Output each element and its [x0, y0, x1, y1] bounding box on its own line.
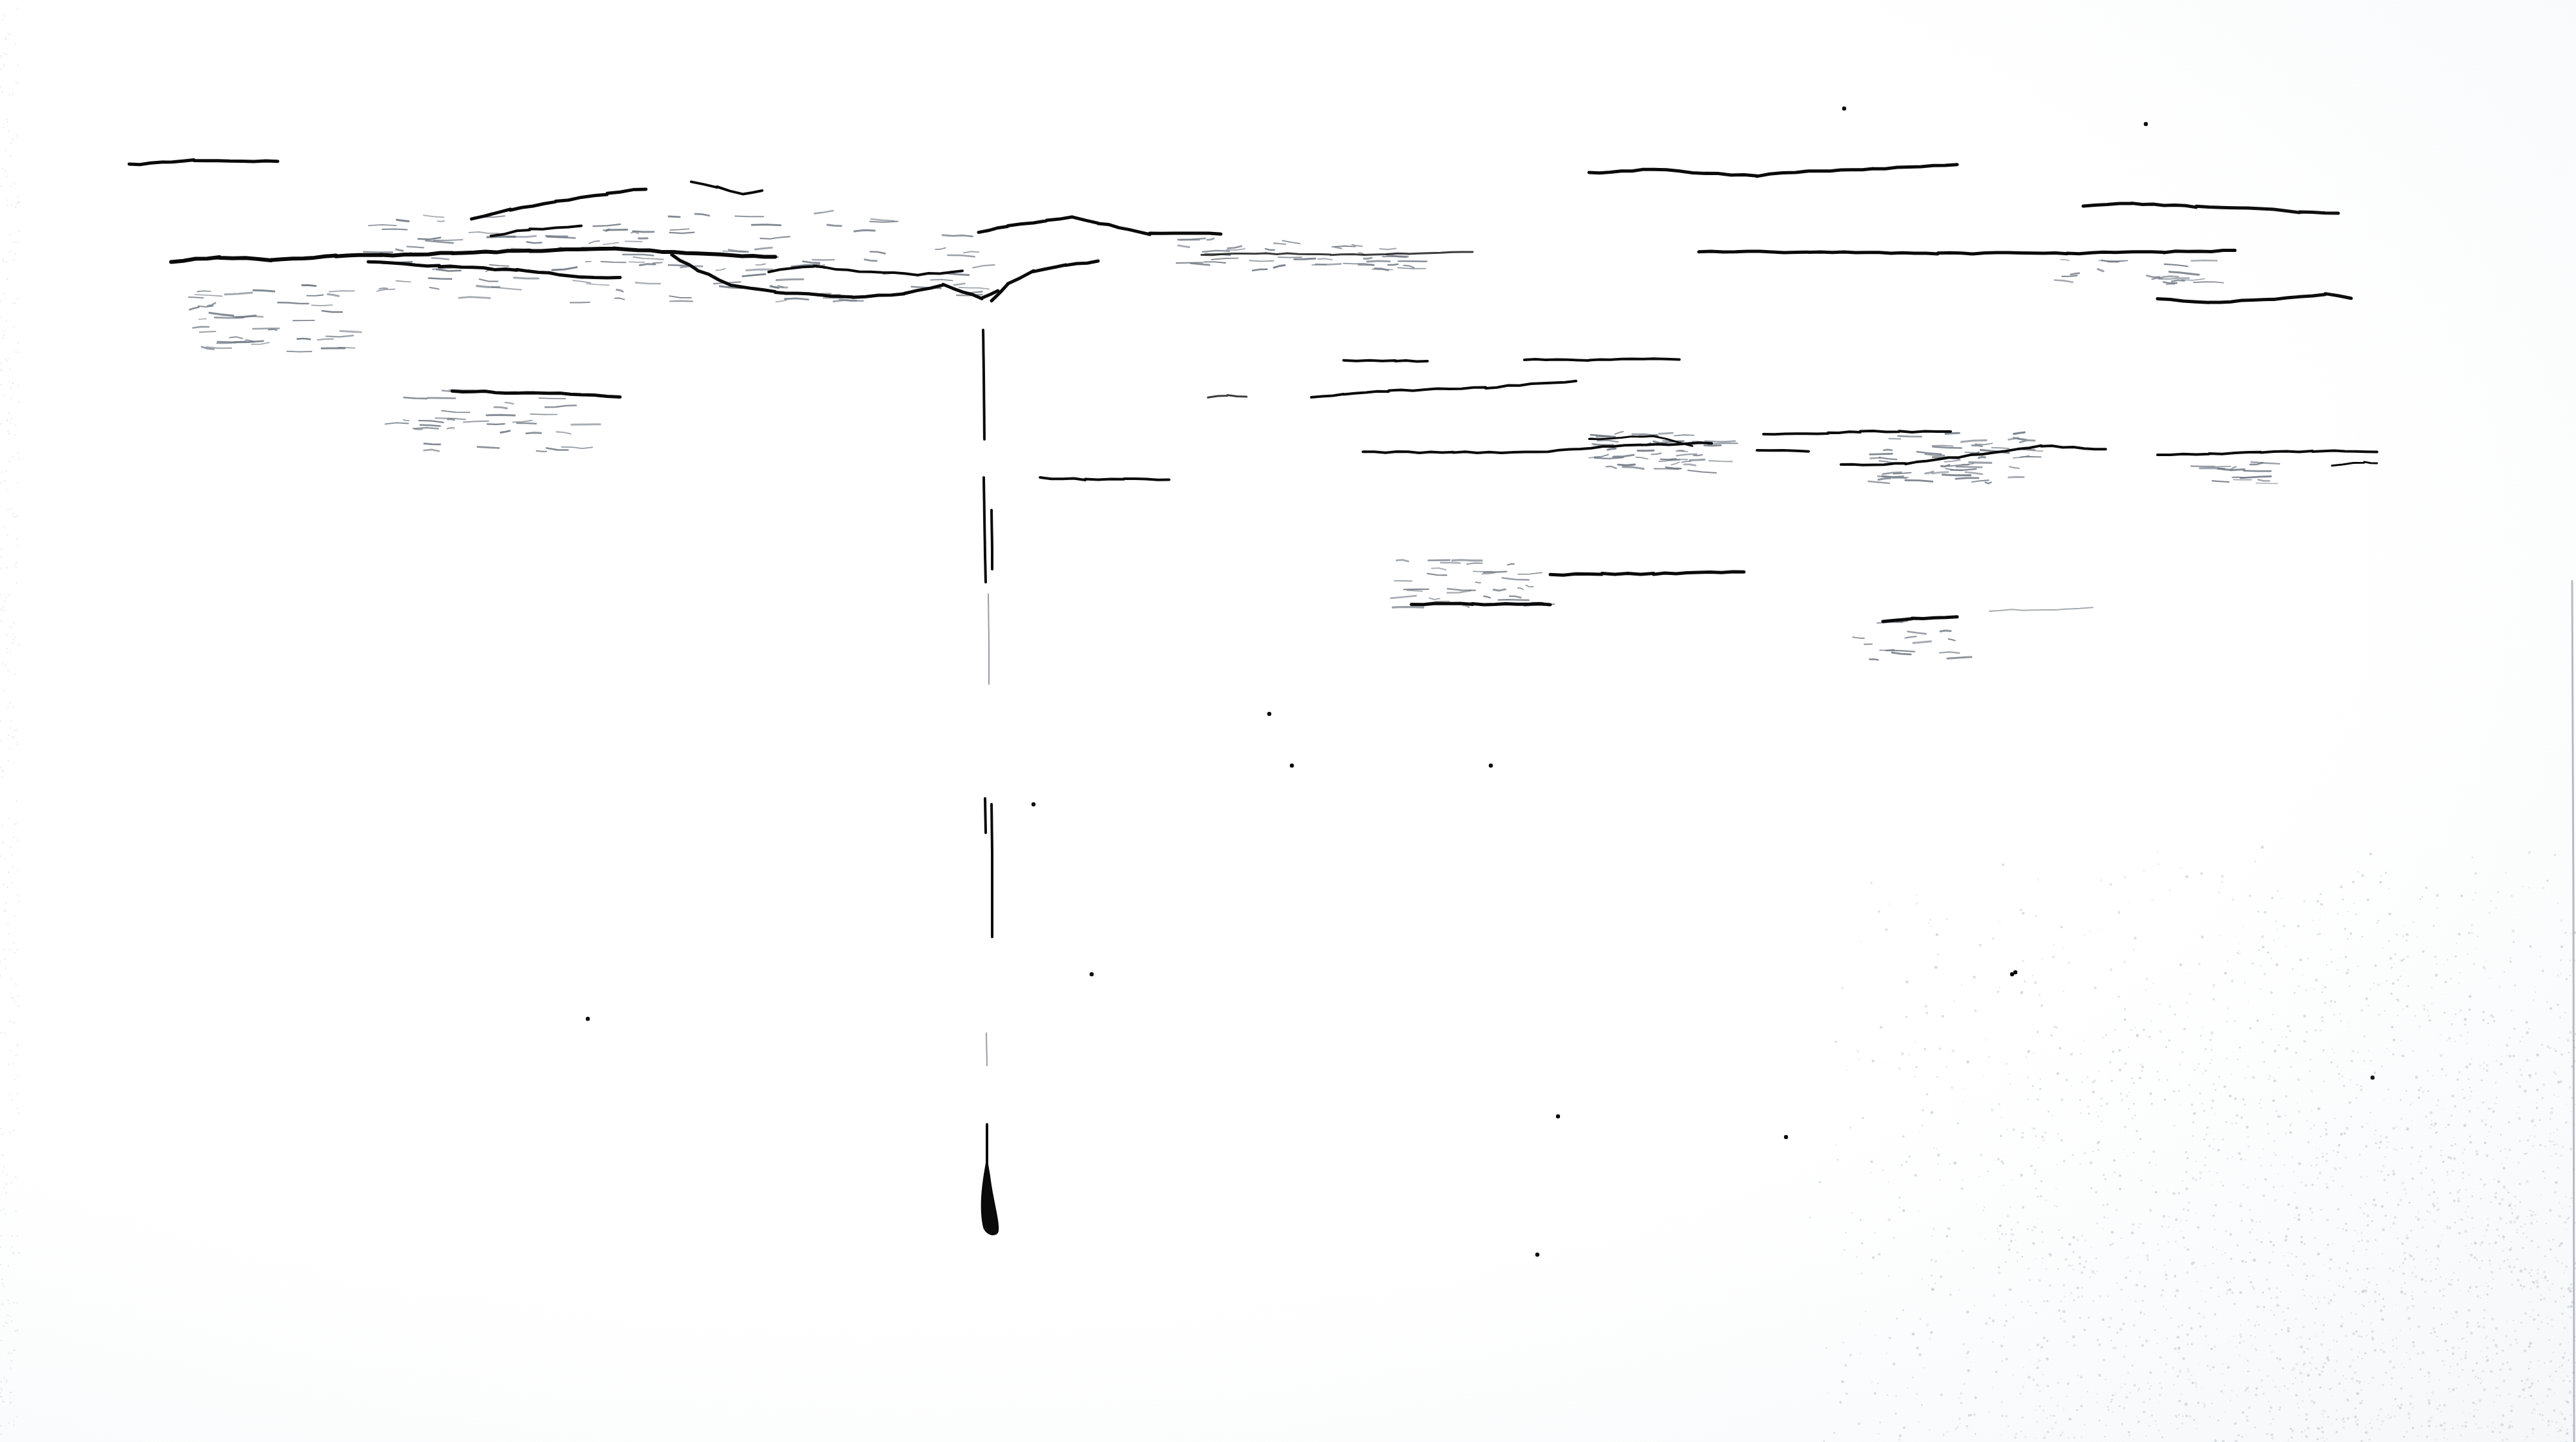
paper-background: [0, 0, 2576, 1442]
sketch-scene: [0, 0, 2576, 1442]
